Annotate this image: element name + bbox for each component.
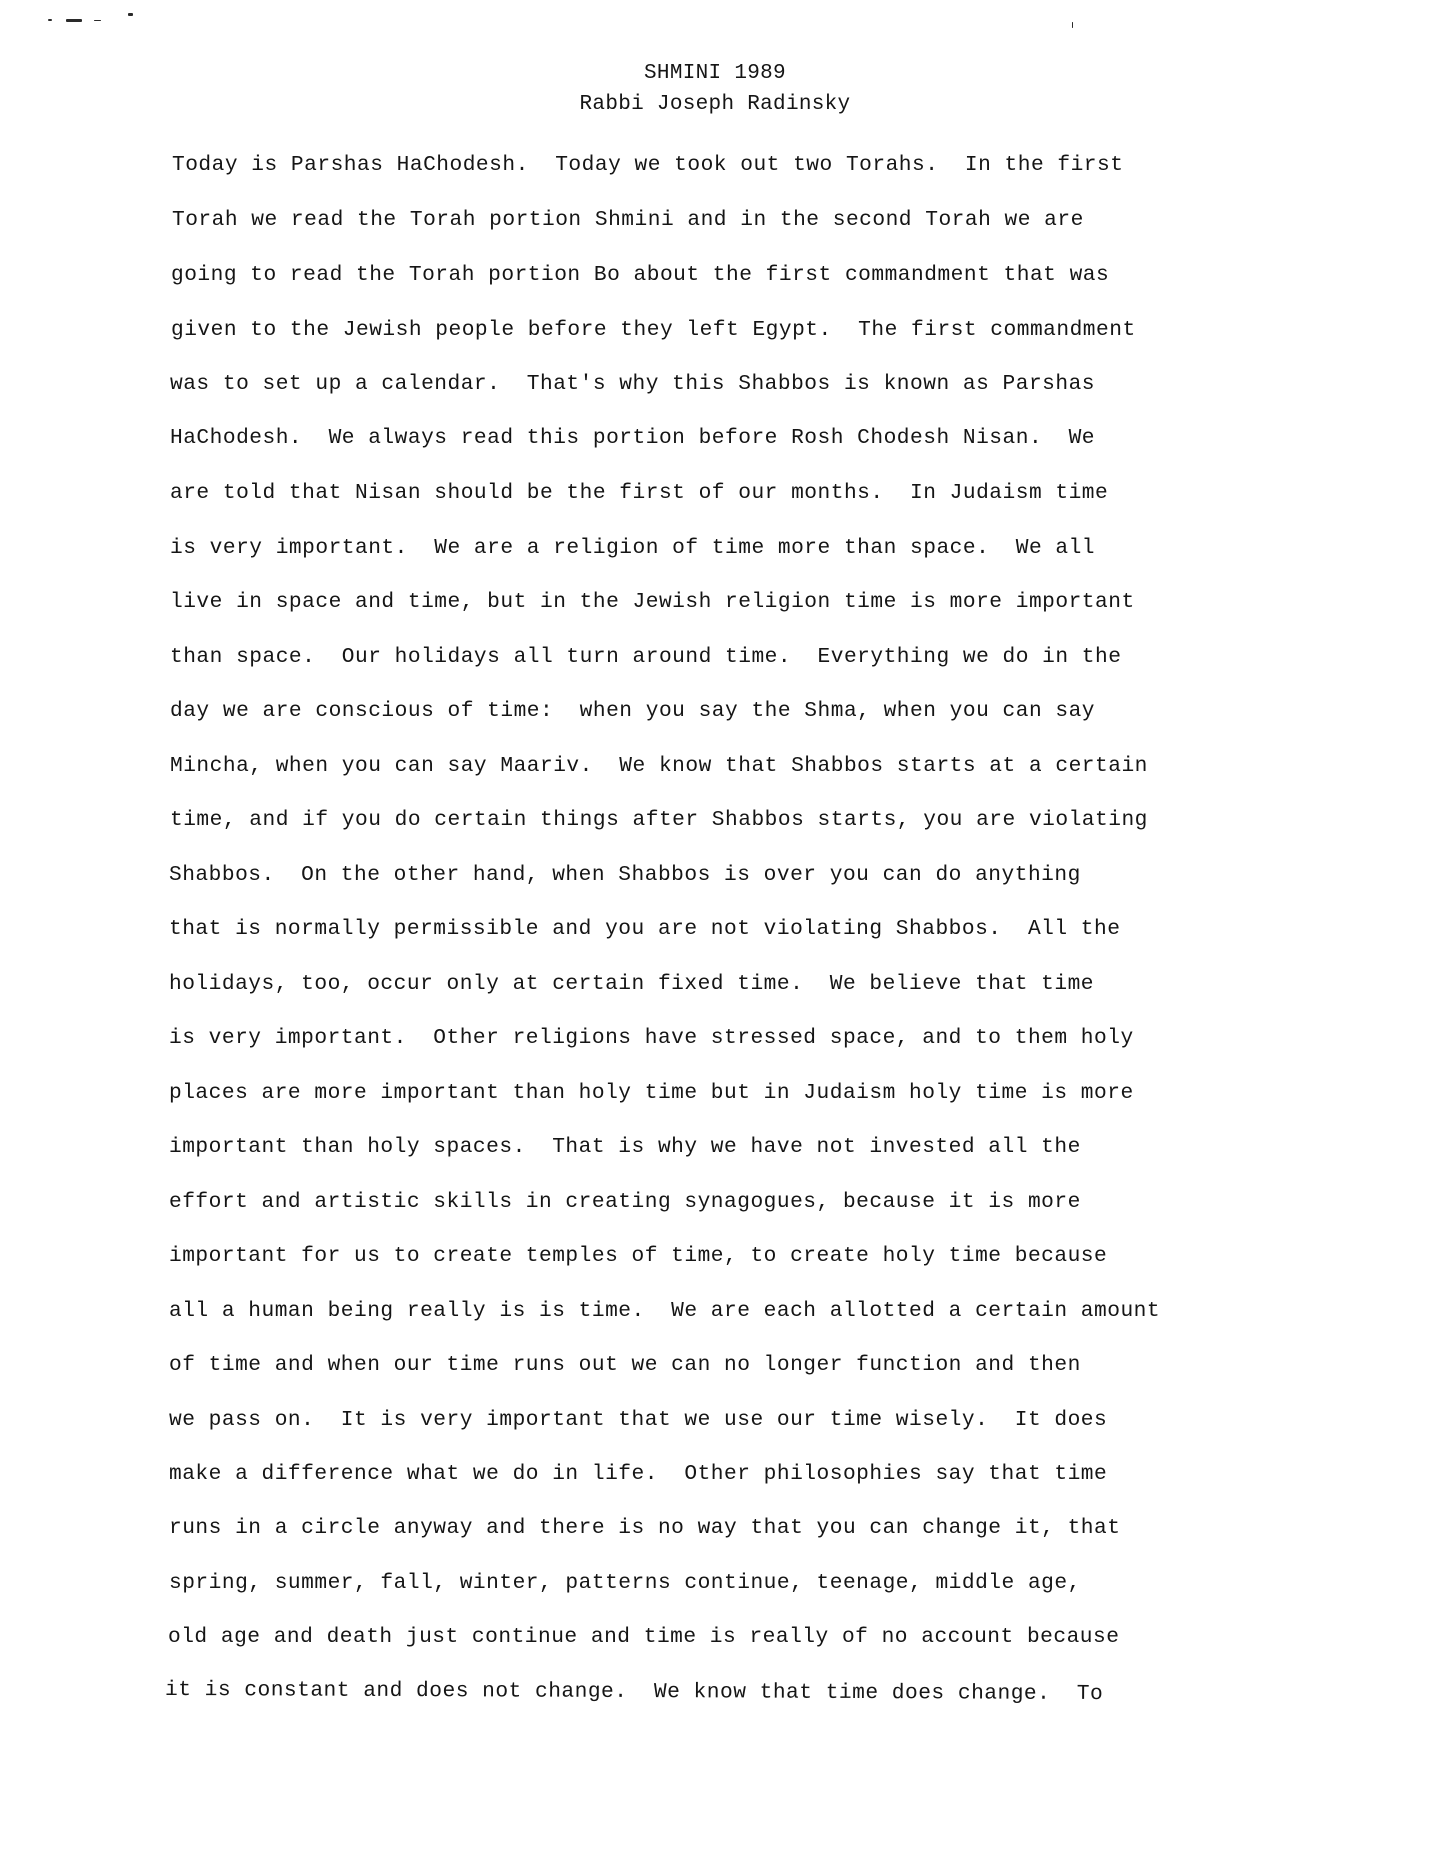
text-line: old age and death just continue and time… <box>168 1623 1119 1651</box>
text-line: effort and artistic skills in creating s… <box>169 1188 1081 1216</box>
text-line: holidays, too, occur only at certain fix… <box>169 970 1094 998</box>
text-line: going to read the Torah portion Bo about… <box>171 261 1109 289</box>
text-line: Torah we read the Torah portion Shmini a… <box>172 206 1084 234</box>
text-line: is very important. We are a religion of … <box>170 534 1095 562</box>
text-line: make a difference what we do in life. Ot… <box>169 1460 1107 1488</box>
document-body: Today is Parshas HaChodesh. Today we too… <box>0 0 1430 1851</box>
text-line: are told that Nisan should be the first … <box>170 479 1108 507</box>
text-line: is very important. Other religions have … <box>169 1024 1134 1052</box>
text-line: was to set up a calendar. That's why thi… <box>170 370 1095 398</box>
text-line: Today is Parshas HaChodesh. Today we too… <box>172 151 1123 179</box>
text-line: given to the Jewish people before they l… <box>171 316 1136 344</box>
text-line: HaChodesh. We always read this portion b… <box>170 424 1095 452</box>
text-line: places are more important than holy time… <box>169 1079 1134 1107</box>
text-line: time, and if you do certain things after… <box>170 806 1148 834</box>
text-line: runs in a circle anyway and there is no … <box>169 1514 1120 1542</box>
text-line: we pass on. It is very important that we… <box>169 1406 1107 1434</box>
scanned-page: SHMINI 1989 Rabbi Joseph Radinsky Today … <box>0 0 1430 1851</box>
text-line: of time and when our time runs out we ca… <box>169 1351 1081 1379</box>
text-line: live in space and time, but in the Jewis… <box>170 588 1135 616</box>
text-line: Shabbos. On the other hand, when Shabbos… <box>169 861 1081 889</box>
text-line: Mincha, when you can say Maariv. We know… <box>170 752 1148 780</box>
text-line: it is constant and does not change. We k… <box>165 1676 1103 1708</box>
text-line: spring, summer, fall, winter, patterns c… <box>169 1569 1081 1597</box>
text-line: day we are conscious of time: when you s… <box>170 697 1095 725</box>
text-line: that is normally permissible and you are… <box>169 915 1120 943</box>
text-line: important for us to create temples of ti… <box>169 1242 1107 1270</box>
text-line: important than holy spaces. That is why … <box>169 1133 1081 1161</box>
text-line: all a human being really is is time. We … <box>169 1297 1160 1325</box>
text-line: than space. Our holidays all turn around… <box>170 643 1121 671</box>
